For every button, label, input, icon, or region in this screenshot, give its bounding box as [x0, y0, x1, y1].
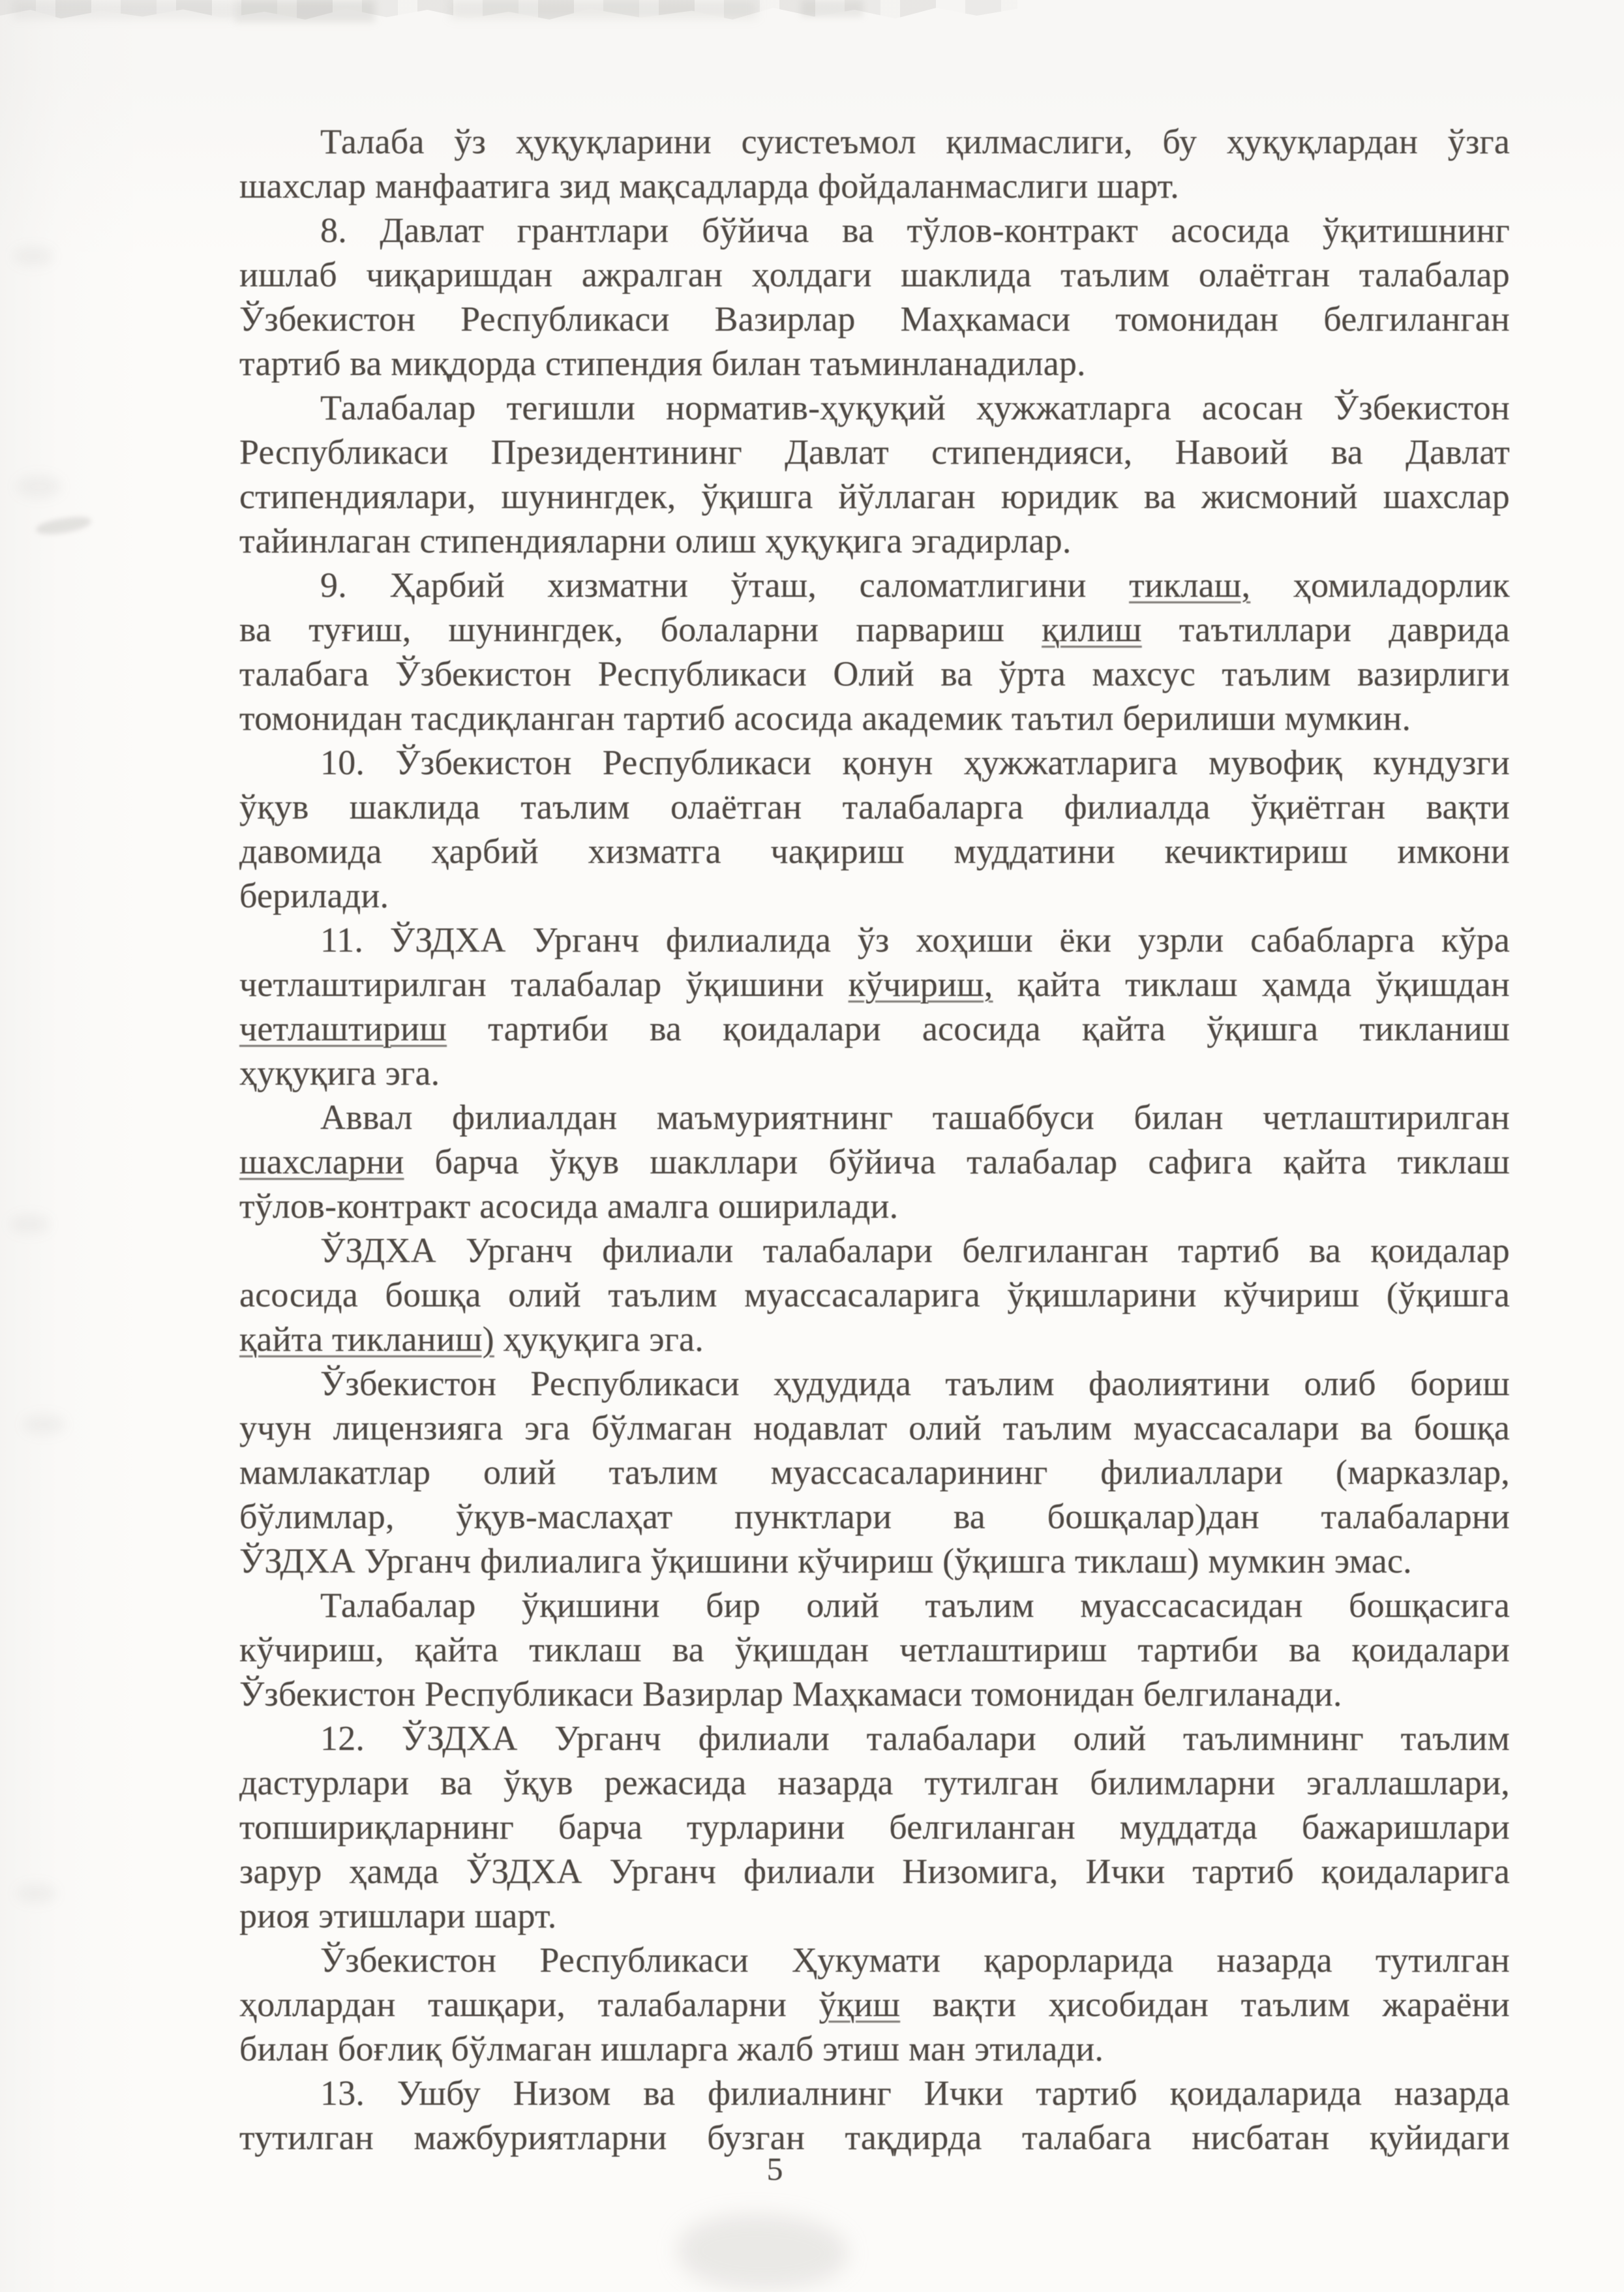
text-line: томонидан тасдиқланган тартиб асосида ак…	[239, 696, 1510, 740]
scan-artifact-top-smudge	[235, 0, 375, 22]
text-line: қайта тикланиш) ҳуқуқига эга.	[239, 1317, 1510, 1361]
text-line: шахслар манфаатига зид мақсадларда фойда…	[239, 164, 1510, 208]
text-line: шахсларни барча ўқув шакллари бўйича тал…	[239, 1139, 1510, 1184]
scan-artifact-margin-spot	[10, 1214, 50, 1234]
text-line: Аввал филиалдан маъмуриятнинг ташаббуси …	[239, 1095, 1510, 1139]
scan-artifact-bottom-smudge	[678, 2214, 848, 2289]
text-line: ишлаб чиқаришдан ажралган ҳолдаги шаклид…	[239, 252, 1510, 297]
text-line: Талабалар тегишли норматив-ҳуқуқий ҳужжа…	[239, 385, 1510, 430]
scan-artifact-margin-spot	[16, 475, 62, 498]
text-span: 9. Ҳарбий хизматни ўташ, саломатлигини	[320, 565, 1129, 605]
scan-artifact-margin-spot	[16, 1884, 57, 1903]
text-line: кўчириш, қайта тиклаш ва ўқишдан четлашт…	[239, 1627, 1510, 1672]
text-line: ва туғиш, шунингдек, болаларни парвариш …	[239, 607, 1510, 652]
text-line: асосида бошқа олий таълим муассасаларига…	[239, 1273, 1510, 1317]
text-span: ҳоллардан ташқари, талабаларни	[239, 1985, 819, 2024]
underlined-word: тиклаш,	[1129, 565, 1250, 605]
underlined-word: қайта тикланиш)	[239, 1319, 494, 1359]
text-span: вақти ҳисобидан таълим жараёни	[900, 1985, 1510, 2024]
text-line: четлаштирилган талабалар ўқишини кўчириш…	[239, 962, 1510, 1006]
text-line: 13. Ушбу Низом ва филиалнинг Ички тартиб…	[239, 2071, 1510, 2115]
text-line: Республикаси Президентининг Давлат стипе…	[239, 430, 1510, 474]
text-line: мамлакатлар олий таълим муассасаларининг…	[239, 1450, 1510, 1494]
text-line: Ўзбекистон Республикаси Ҳукумати қарорла…	[239, 1938, 1510, 1982]
underlined-word: кўчириш,	[849, 965, 993, 1004]
text-line: 9. Ҳарбий хизматни ўташ, саломатлигини т…	[239, 563, 1510, 607]
text-line: ЎЗДХА Урганч филиали талабалари белгилан…	[239, 1228, 1510, 1273]
scan-artifact-top-smudge	[801, 0, 863, 17]
text-span: ҳуқуқига эга.	[494, 1319, 704, 1359]
text-span: ва туғиш, шунингдек, болаларни парвариш	[239, 610, 1042, 649]
text-line: тутилган мажбуриятларни бузган тақдирда …	[239, 2115, 1510, 2160]
text-line: Талабалар ўқишини бир олий таълим муасса…	[239, 1583, 1510, 1627]
text-line: ўқув шаклида таълим олаётган талабаларга…	[239, 785, 1510, 829]
text-span: барча ўқув шакллари бўйича талабалар саф…	[404, 1142, 1510, 1181]
text-span: таътиллари даврида	[1142, 610, 1510, 649]
text-line: Талаба ўз ҳуқуқларини суистеъмол қилмасл…	[239, 119, 1510, 164]
underlined-word: четлаштириш	[239, 1009, 447, 1048]
text-span: ҳомиладорлик	[1250, 565, 1510, 605]
scan-artifact-top-band	[0, 0, 1017, 20]
text-span: тартиби ва қоидалари асосида қайта ўқишг…	[447, 1009, 1510, 1048]
text-line: 12. ЎЗДХА Урганч филиали талабалари олий…	[239, 1716, 1510, 1760]
text-span: қайта тиклаш ҳамда ўқишдан	[993, 965, 1511, 1004]
text-line: четлаштириш тартиби ва қоидалари асосида…	[239, 1006, 1510, 1051]
underlined-word: қилиш	[1042, 610, 1142, 649]
scan-artifact-margin-spot	[23, 1414, 66, 1435]
text-line: тайинлаган стипендияларни олиш ҳуқуқига …	[239, 519, 1510, 563]
text-line: дастурлари ва ўқув режасида назарда тути…	[239, 1760, 1510, 1805]
text-line: 10. Ўзбекистон Республикаси қонун ҳужжат…	[239, 740, 1510, 785]
text-line: ҳуқуқига эга.	[239, 1051, 1510, 1095]
text-line: зарур ҳамда ЎЗДХА Урганч филиали Низомиг…	[239, 1849, 1510, 1893]
scan-artifact-margin-spot	[13, 247, 53, 266]
scan-artifact-top-smudge	[450, 0, 757, 18]
text-line: ЎЗДХА Урганч филиалига ўқишини кўчириш (…	[239, 1539, 1510, 1583]
text-line: Ўзбекистон Республикаси Вазирлар Маҳкама…	[239, 1672, 1510, 1716]
underlined-word: ўқиш	[819, 1985, 901, 2024]
text-line: талабага Ўзбекистон Республикаси Олий ва…	[239, 652, 1510, 696]
document-page: Талаба ўз ҳуқуқларини суистеъмол қилмасл…	[0, 0, 1624, 2292]
text-line: берилади.	[239, 873, 1510, 918]
text-line: 8. Давлат грантлари бўйича ва тўлов-конт…	[239, 208, 1510, 252]
text-block: Талаба ўз ҳуқуқларини суистеъмол қилмасл…	[239, 119, 1510, 2160]
page-number: 5	[749, 2150, 801, 2188]
text-line: бўлимлар, ўқув-маслаҳат пунктлари ва бош…	[239, 1494, 1510, 1539]
scan-artifact-top-smudge	[13, 0, 235, 20]
text-span: четлаштирилган талабалар ўқишини	[239, 965, 849, 1004]
text-line: билан боғлиқ бўлмаган ишларга жалб этиш …	[239, 2027, 1510, 2071]
underlined-word: шахсларни	[239, 1142, 404, 1181]
text-line: Ўзбекистон Республикаси Вазирлар Маҳкама…	[239, 297, 1510, 341]
text-line: топшириқларнинг барча турларини белгилан…	[239, 1805, 1510, 1849]
text-line: риоя этишлари шарт.	[239, 1893, 1510, 1938]
text-line: тартиб ва миқдорда стипендия билан таъми…	[239, 341, 1510, 385]
text-line: Ўзбекистон Республикаси ҳудудида таълим …	[239, 1361, 1510, 1406]
text-line: стипендиялари, шунингдек, ўқишга йўллага…	[239, 474, 1510, 519]
text-line: давомида ҳарбий хизматга чақириш муддати…	[239, 829, 1510, 873]
text-line: тўлов-контракт асосида амалга оширилади.	[239, 1184, 1510, 1228]
text-line: 11. ЎЗДХА Урганч филиалида ўз хоҳиши ёки…	[239, 918, 1510, 962]
text-line: учун лицензияга эга бўлмаган нодавлат ол…	[239, 1406, 1510, 1450]
text-line: ҳоллардан ташқари, талабаларни ўқиш вақт…	[239, 1982, 1510, 2027]
scan-artifact-margin-mark	[35, 515, 92, 537]
